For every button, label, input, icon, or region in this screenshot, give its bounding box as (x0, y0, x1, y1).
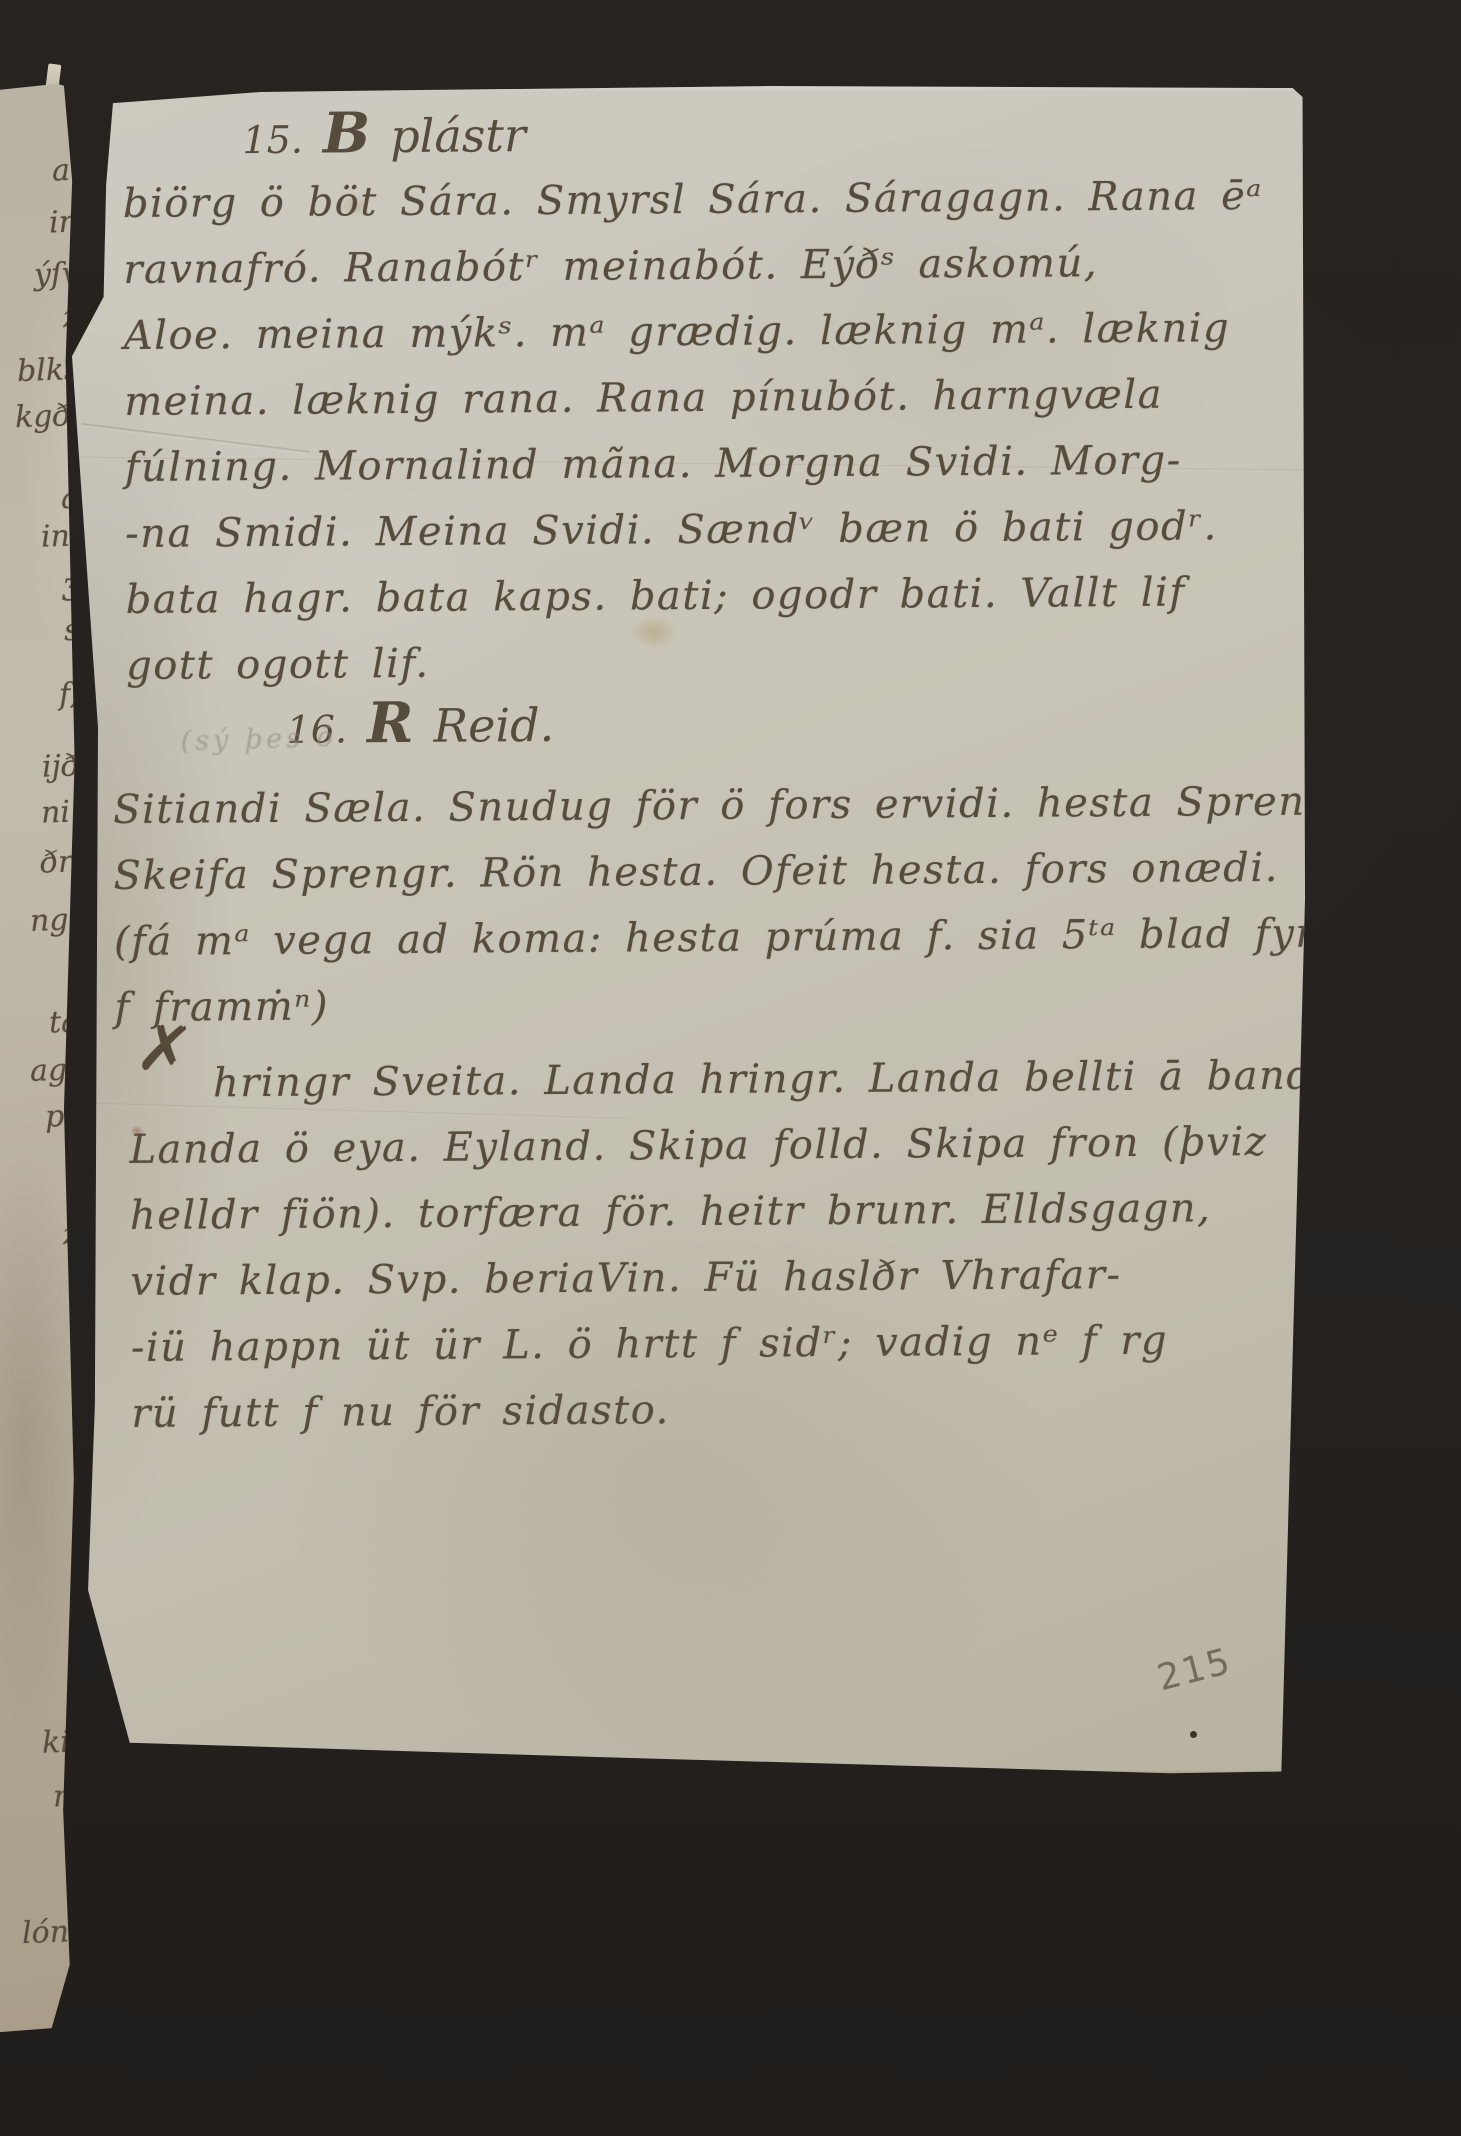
handwritten-line: Aloe. meina mýkˢ. mᵃ grædig. læknig mᵃ. … (124, 295, 1264, 369)
strip-text-fragment: ta (49, 1007, 80, 1038)
strip-text-fragment: a (61, 484, 80, 515)
adjacent-page-strip: a.ir.ýſvz̃blkskgð.ain,ʒsf,ijðni.ðr.ng-ta… (0, 60, 82, 2040)
paragraph-unnumbered: hringr Sveita. Landa hringr. Landa bellt… (129, 1043, 1316, 1447)
strip-text-fragment: z̃ (63, 303, 80, 334)
strip-text-fragment: ni. (40, 797, 79, 828)
handwritten-line: bata hagr. bata kaps. bati; ogodr bati. … (125, 559, 1265, 633)
strip-text-fragment: ijð (42, 751, 80, 782)
strip-text-fragment: blks (16, 355, 79, 387)
handwritten-line: (fá mᵃ vega ad koma: hesta prúma f. sia … (114, 900, 1364, 975)
strip-text-fragment: ʒ (62, 570, 80, 601)
handwritten-line: -iü happn üt ür L. ö hrtt f sidʳ; vadig … (131, 1307, 1316, 1381)
strip-text-fragment: s (63, 616, 79, 647)
manuscript-page: 15. B plástr biörg ö böt Sára. Smyrsl Sá… (70, 85, 1315, 1780)
handwritten-line: -na Smidi. Meina Svidi. Sændᵛ bæn ö bati… (125, 493, 1265, 567)
paragraph-15: biörg ö böt Sára. Smyrsl Sára. Sáragagn.… (123, 163, 1267, 699)
strip-text-fragment: ýſv (33, 259, 79, 291)
handwritten-line: hringr Sveita. Landa hringr. Landa bellt… (129, 1043, 1314, 1117)
handwritten-line: fúlning. Mornalind mãna. Morgna Svidi. M… (125, 427, 1265, 501)
handwritten-line: meina. læknig rana. Rana pínubót. harngv… (124, 361, 1264, 435)
section-letter: B (323, 105, 371, 161)
strip-text-fragment: r! (52, 1782, 79, 1813)
handwritten-line: rü futt f nu för sidasto. (131, 1373, 1316, 1447)
paragraph-16: Sitiandi Sæla. Snudug för ö fors ervidi.… (113, 768, 1365, 1041)
strip-text-fragment: ir. (48, 207, 79, 238)
handwritten-line: ravnafró. Ranabótʳ meinabót. Eýðˢ askomú… (123, 229, 1263, 303)
strip-text-fragment: ðr. (40, 847, 80, 878)
ink-bleedthrough: (sý þes ō (180, 722, 337, 757)
handwritten-line: f framṁⁿ) (114, 966, 1364, 1041)
strip-text-fragment: ag² (29, 1055, 79, 1087)
section-title: plástr (390, 108, 526, 163)
strip-text-fragment: ng- (30, 905, 80, 937)
handwritten-line: Sitiandi Sæla. Snudug för ö fors ervidi.… (113, 768, 1363, 843)
handwritten-line: vidr klap. Svp. beriaVin. Fü haslðr Vhra… (130, 1241, 1315, 1315)
section-letter: R (367, 695, 414, 751)
strip-text-fragment: z̄ (63, 1220, 80, 1251)
handwritten-line: Landa ö eya. Eyland. Skipa folld. Skipa … (129, 1109, 1314, 1183)
handwritten-line: Skeifa Sprengr. Rön hesta. Ofeit hesta. … (113, 834, 1363, 909)
section-heading-15: 15. B plástr (242, 104, 526, 164)
handwritten-line: biörg ö böt Sára. Smyrsl Sára. Sáragagn.… (123, 163, 1263, 237)
handwritten-line: gott ogott lif. (126, 625, 1266, 699)
page-number-pencil: 215 (1153, 1641, 1236, 1699)
strip-text-fragment: a. (51, 156, 79, 187)
strip-text-fragment: ki. (41, 1727, 79, 1758)
section-title: Reid. (433, 698, 554, 753)
strip-text-fragment: kgð. (14, 401, 79, 433)
strip-text-fragment: pr (45, 1101, 80, 1132)
section-number: 15. (242, 118, 303, 162)
photograph-background: a.ir.ýſvz̃blkskgð.ain,ʒsf,ijðni.ðr.ng-ta… (0, 0, 1461, 2136)
strip-text-fragment: f, (59, 680, 80, 711)
handwritten-text-layer: 15. B plástr biörg ö böt Sára. Smyrsl Sá… (64, 81, 1321, 1785)
strip-text-fragment: lón. (22, 1917, 80, 1949)
handwritten-line: helldr fiön). torfæra för. heitr brunr. … (130, 1175, 1315, 1249)
strip-text-fragment: in, (40, 521, 79, 552)
